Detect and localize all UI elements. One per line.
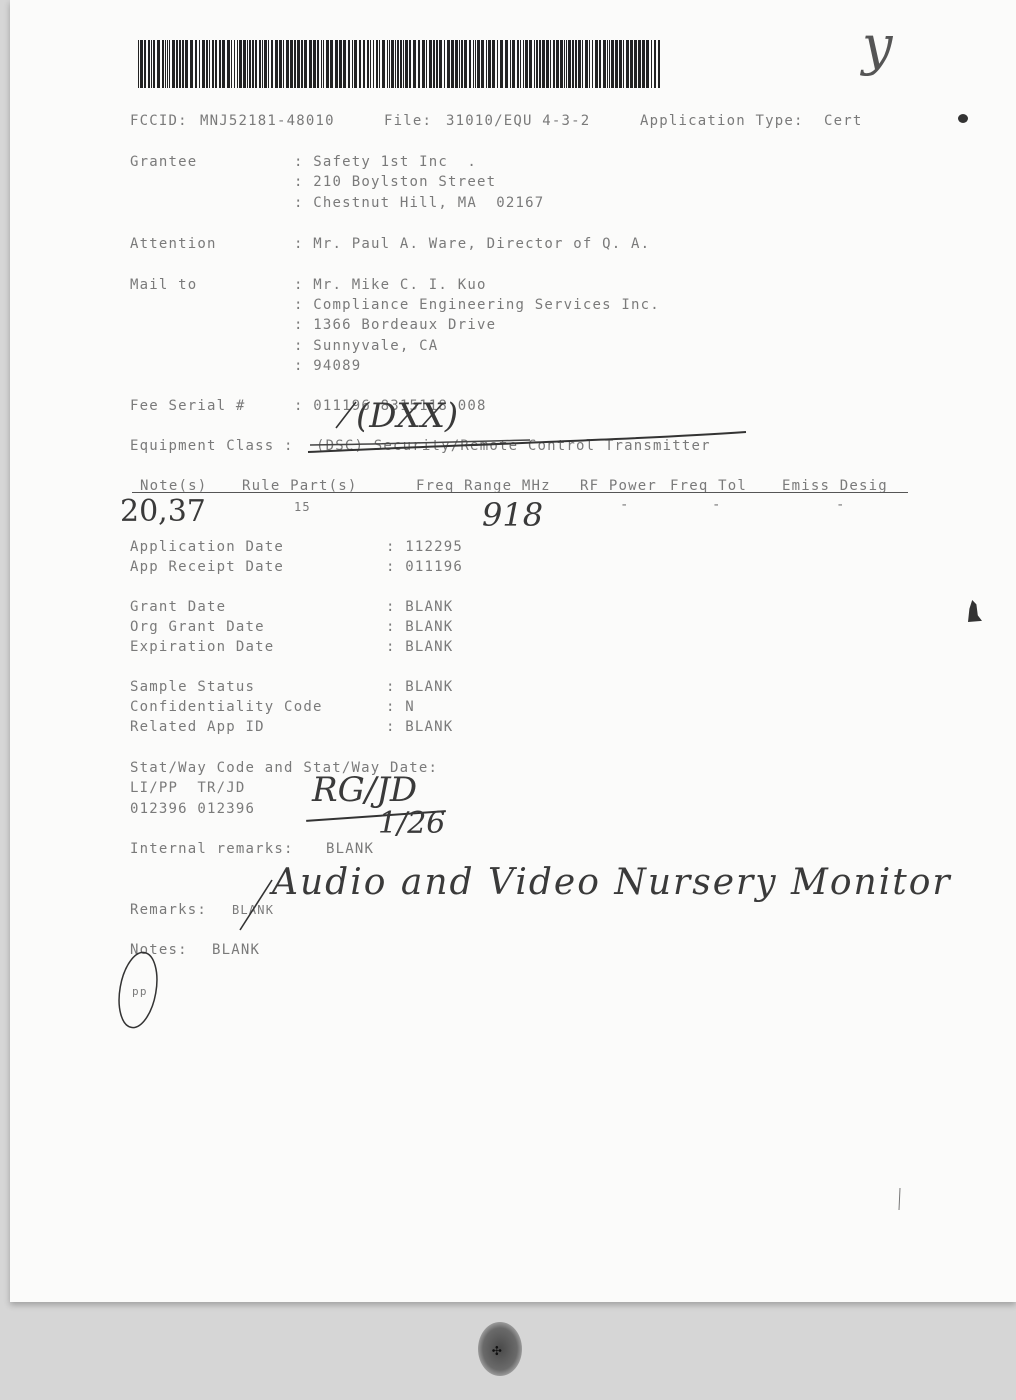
clipboard-screw: ✣ (478, 1322, 522, 1376)
screw-head-icon: ✣ (492, 1340, 502, 1359)
handwritten-strokes (10, 0, 1016, 1302)
fcc-document-page: y FCCID: MNJ52181-48010 File: 31010/EQU … (10, 0, 1016, 1302)
